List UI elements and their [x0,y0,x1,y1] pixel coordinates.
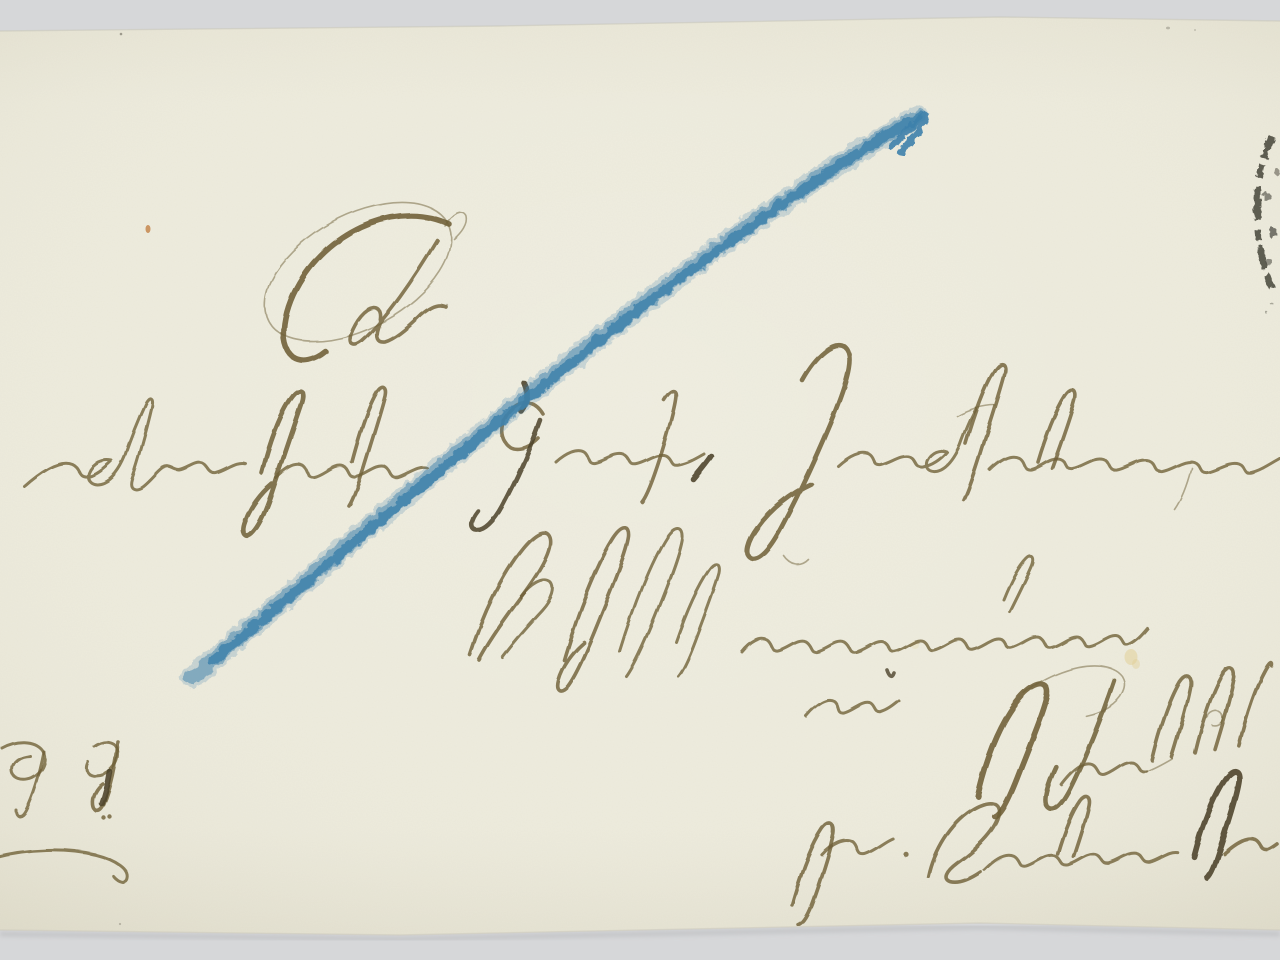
orange-speck [146,225,151,233]
period-dot [102,816,106,820]
dark-speck [119,923,121,925]
dark-speck [1194,29,1196,31]
postmark-speck [1270,302,1273,305]
envelope-photo-canvas: Historic 19th-century envelope, address … [0,0,1280,960]
postmark-blot [1264,192,1271,202]
yellow-stain-small [1132,659,1140,669]
postmark-blot [1269,227,1277,239]
photo-of-envelope: Historic 19th-century envelope, address … [0,0,1280,960]
postmark-speck [1265,311,1268,314]
postmark-blot [1275,169,1280,176]
dark-speck [1166,27,1170,30]
dark-speck [120,33,123,36]
postmark-blot [1266,258,1272,266]
period-dot [108,815,112,819]
